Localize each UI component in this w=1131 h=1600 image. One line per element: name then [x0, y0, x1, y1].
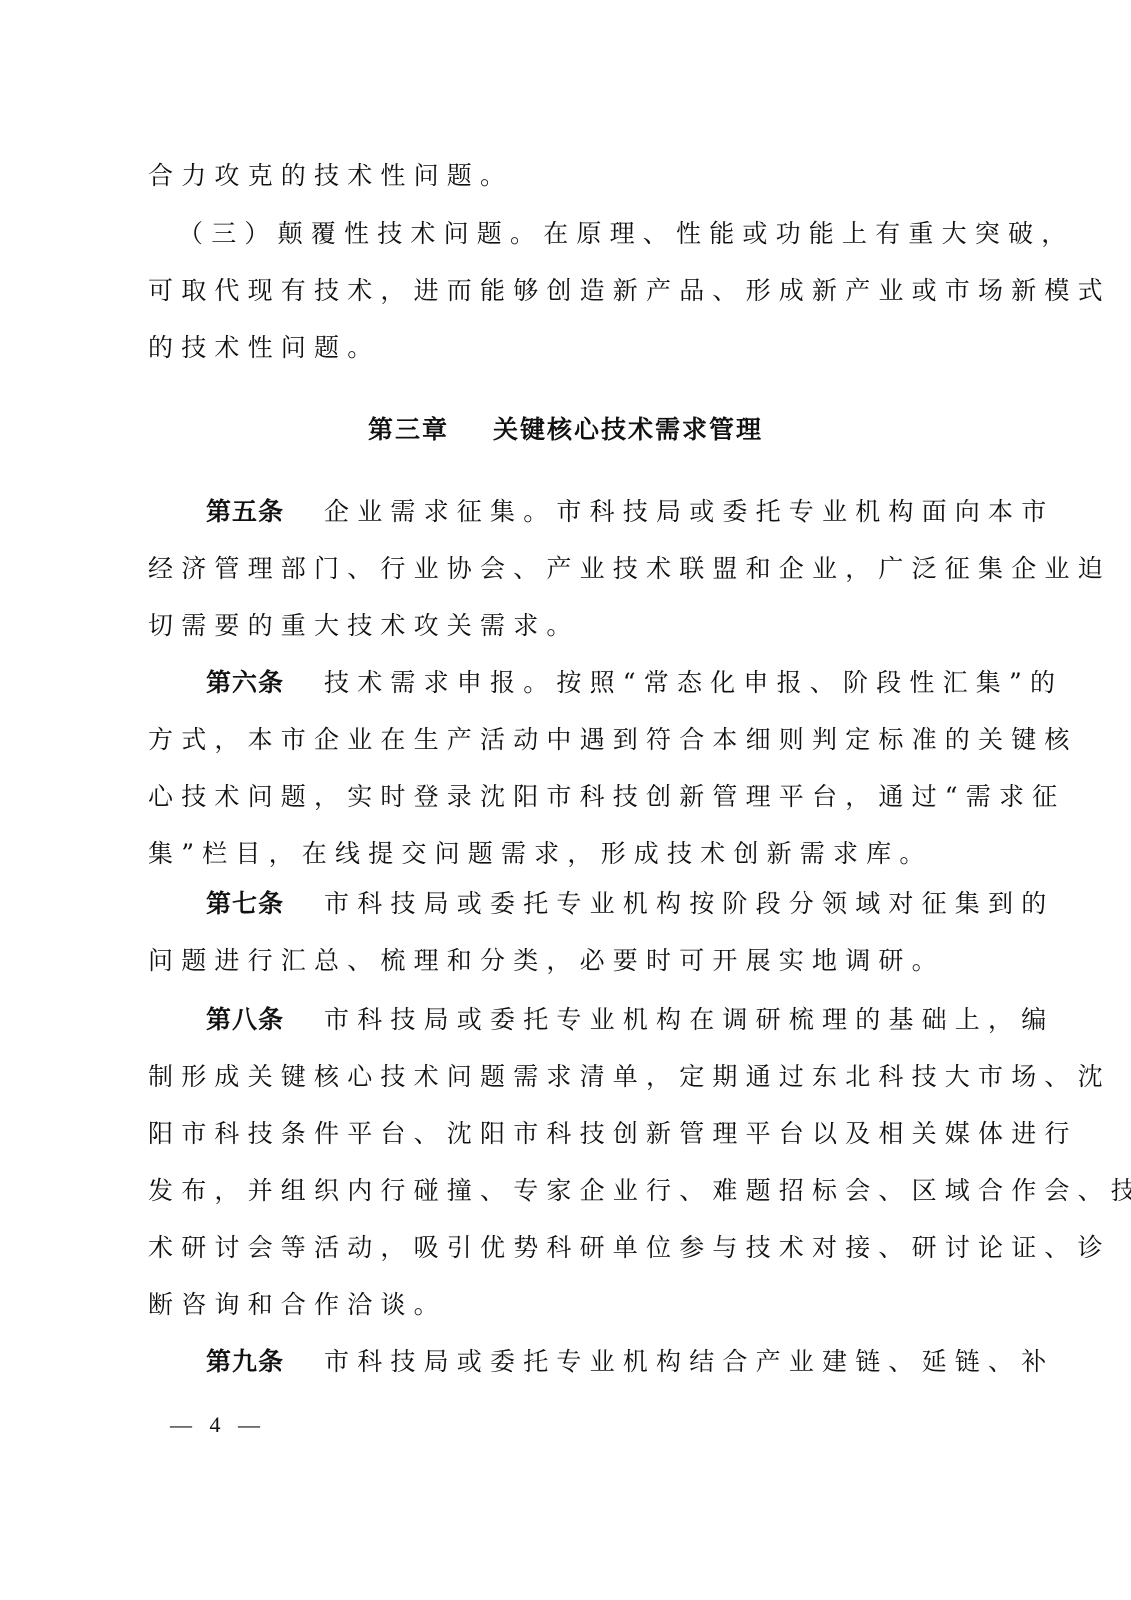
article-5-line-2: 经济管理部门、行业协会、产业技术联盟和企业，广泛征集企业迫: [148, 549, 964, 589]
chapter-heading: 第三章关键核心技术需求管理: [0, 410, 1131, 450]
chapter-number: 第三章: [368, 415, 449, 444]
article-8-first-line: 市科技局或委托专业机构在调研梳理的基础上，编: [324, 1005, 1054, 1034]
article-5-line-1: 第五条企业需求征集。市科技局或委托专业机构面向本市: [206, 492, 964, 532]
article-9-label: 第九条: [206, 1342, 324, 1382]
article-8-line-5: 术研讨会等活动，吸引优势科研单位参与技术对接、研讨论证、诊: [148, 1228, 964, 1268]
article-5-first-line: 企业需求征集。市科技局或委托专业机构面向本市: [324, 497, 1054, 526]
article-6-label: 第六条: [206, 663, 324, 703]
article-5-label: 第五条: [206, 492, 324, 532]
article-6-line-1: 第六条技术需求申报。按照“常态化申报、阶段性汇集”的: [206, 663, 964, 703]
item-3-line-1: （三）颠覆性技术问题。在原理、性能或功能上有重大突破，: [178, 214, 964, 254]
article-7-first-line: 市科技局或委托专业机构按阶段分领域对征集到的: [324, 889, 1054, 918]
article-8-line-4: 发布，并组织内行碰撞、专家企业行、难题招标会、区域合作会、技: [148, 1171, 964, 1211]
item-3-line-2: 可取代现有技术，进而能够创造新产品、形成新产业或市场新模式: [148, 271, 964, 311]
continuation-line: 合力攻克的技术性问题。: [148, 156, 964, 196]
item-3-line-3: 的技术性问题。: [148, 328, 964, 368]
article-8-label: 第八条: [206, 1000, 324, 1040]
article-5-line-3: 切需要的重大技术攻关需求。: [148, 606, 964, 646]
article-8-line-2: 制形成关键核心技术问题需求清单，定期通过东北科技大市场、沈: [148, 1057, 964, 1097]
article-6-line-4: 集”栏目，在线提交问题需求，形成技术创新需求库。: [148, 834, 964, 874]
page-number: — 4 —: [170, 1410, 266, 1440]
article-6-first-line: 技术需求申报。按照“常态化申报、阶段性汇集”的: [324, 668, 1063, 697]
document-page: 合力攻克的技术性问题。 （三）颠覆性技术问题。在原理、性能或功能上有重大突破， …: [0, 0, 1131, 1600]
article-7-label: 第七条: [206, 884, 324, 924]
article-7-line-2: 问题进行汇总、梳理和分类，必要时可开展实地调研。: [148, 941, 964, 981]
article-8-line-6: 断咨询和合作洽谈。: [148, 1285, 964, 1325]
article-7-line-1: 第七条市科技局或委托专业机构按阶段分领域对征集到的: [206, 884, 964, 924]
article-6-line-2: 方式，本市企业在生产活动中遇到符合本细则判定标准的关键核: [148, 720, 964, 760]
article-9-line-1: 第九条市科技局或委托专业机构结合产业建链、延链、补: [206, 1342, 964, 1382]
article-6-line-3: 心技术问题，实时登录沈阳市科技创新管理平台，通过“需求征: [148, 777, 964, 817]
article-9-first-line: 市科技局或委托专业机构结合产业建链、延链、补: [324, 1347, 1054, 1376]
article-8-line-1: 第八条市科技局或委托专业机构在调研梳理的基础上，编: [206, 1000, 964, 1040]
article-8-line-3: 阳市科技条件平台、沈阳市科技创新管理平台以及相关媒体进行: [148, 1114, 964, 1154]
chapter-title: 关键核心技术需求管理: [493, 415, 763, 444]
